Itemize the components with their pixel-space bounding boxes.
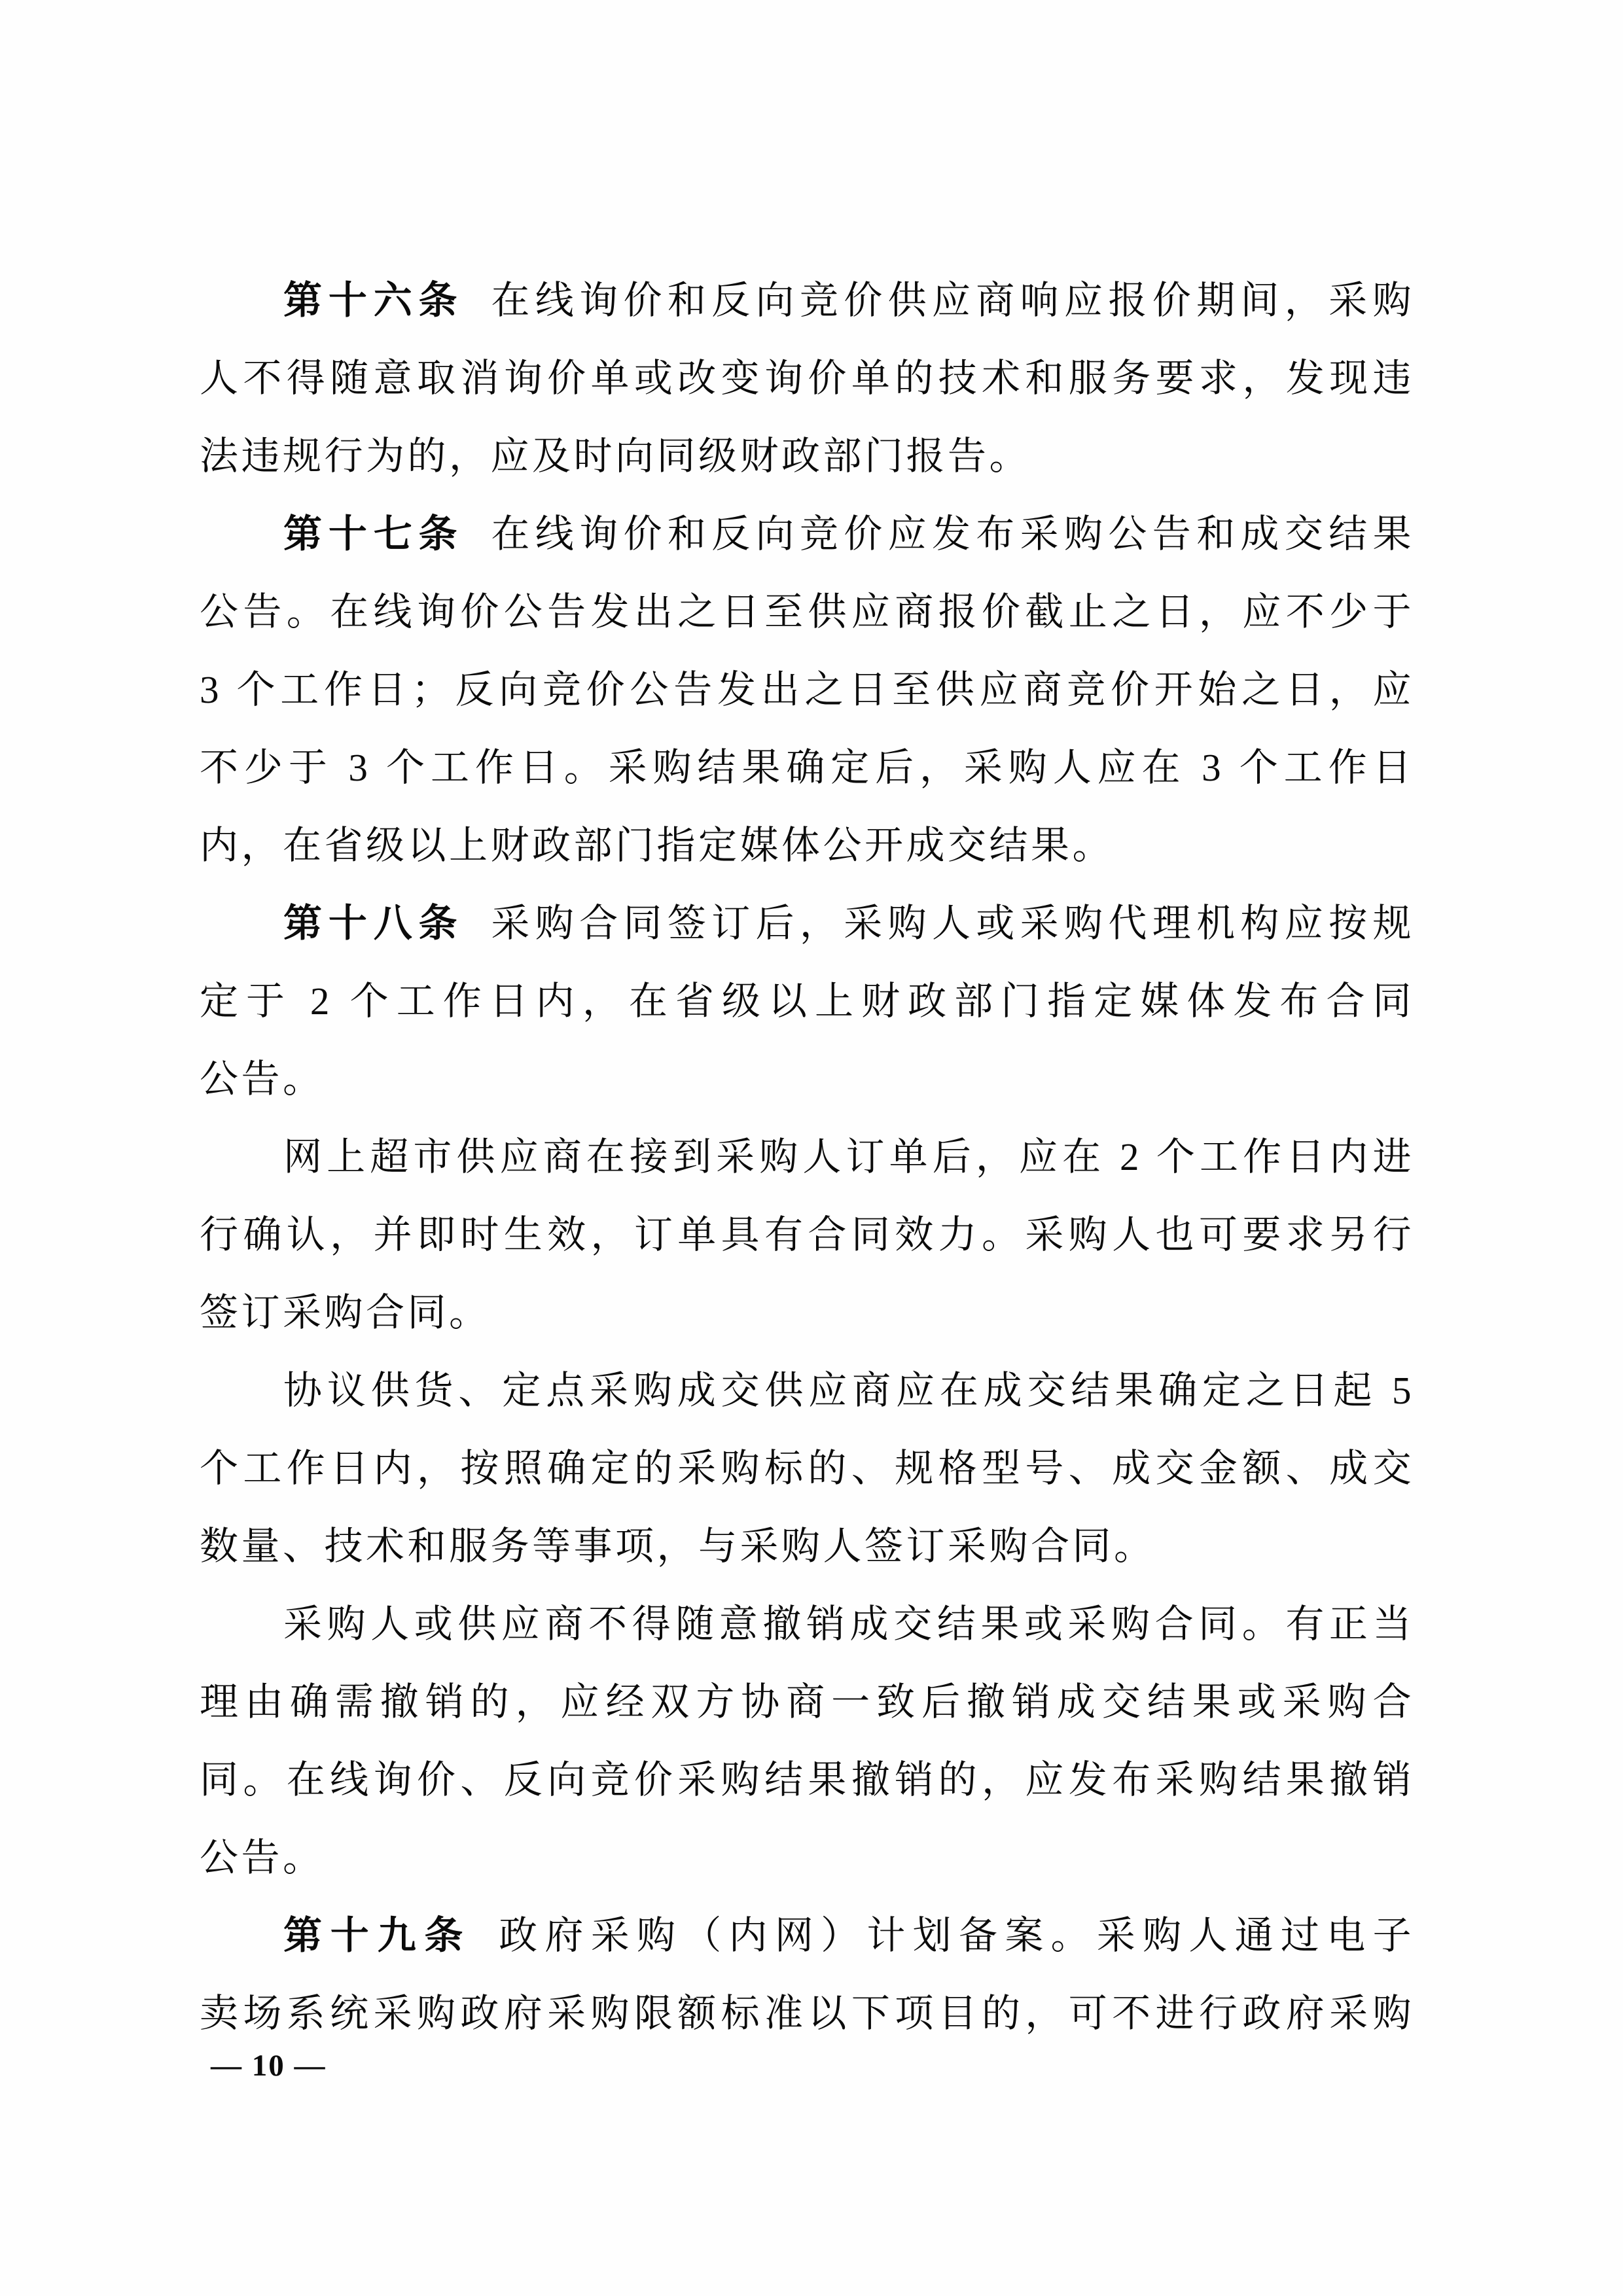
document-body: 第十六条在线询价和反向竞价供应商响应报价期间，采购人不得随意取消询价单或改变询价… (200, 262, 1414, 2053)
article-18-para-3-line: 协议供货、定点采购成交供应商应在成交结果确定之日起 5 (200, 1352, 1414, 1430)
article-number-heading: 第十六条 (283, 279, 463, 322)
document-page: 第十六条在线询价和反向竞价供应商响应报价期间，采购人不得随意取消询价单或改变询价… (0, 0, 1623, 2296)
article-19-line: 卖场系统采购政府采购限额标准以下项目的，可不进行政府采购 (200, 1975, 1414, 2053)
page-footer: — 10 — (211, 2045, 327, 2086)
article-17-line: 3 个工作日；反向竞价公告发出之日至供应商竞价开始之日，应 (200, 651, 1414, 729)
article-17-line: 内，在省级以上财政部门指定媒体公开成交结果。 (200, 807, 1414, 885)
article-18-line: 第十八条采购合同签订后，采购人或采购代理机构应按规 (200, 885, 1414, 963)
article-18-para-4-line: 理由确需撤销的，应经双方协商一致后撤销成交结果或采购合 (200, 1663, 1414, 1741)
article-18-para-3-line: 个工作日内，按照确定的采购标的、规格型号、成交金额、成交 (200, 1430, 1414, 1508)
article-17-line: 公告。在线询价公告发出之日至供应商报价截止之日，应不少于 (200, 573, 1414, 651)
article-18-line: 公告。 (200, 1040, 1414, 1118)
article-16-line: 人不得随意取消询价单或改变询价单的技术和服务要求，发现违 (200, 340, 1414, 417)
article-18-line: 定于 2 个工作日内，在省级以上财政部门指定媒体发布合同 (200, 963, 1414, 1040)
article-18-para-4-line: 采购人或供应商不得随意撤销成交结果或采购合同。有正当 (200, 1585, 1414, 1663)
article-number-heading: 第十八条 (283, 902, 463, 945)
article-number-heading: 第十九条 (283, 1914, 471, 1957)
page-number: — 10 — (211, 2049, 327, 2083)
article-19-line: 第十九条政府采购（内网）计划备案。采购人通过电子 (200, 1897, 1414, 1975)
article-number-heading: 第十七条 (283, 512, 463, 556)
article-18-para-4-line: 公告。 (200, 1819, 1414, 1897)
article-18-para-3-line: 数量、技术和服务等事项，与采购人签订采购合同。 (200, 1508, 1414, 1585)
article-18-para-4-line: 同。在线询价、反向竞价采购结果撤销的，应发布采购结果撤销 (200, 1741, 1414, 1819)
article-17-line: 不少于 3 个工作日。采购结果确定后，采购人应在 3 个工作日 (200, 729, 1414, 807)
article-17-line: 第十七条在线询价和反向竞价应发布采购公告和成交结果 (200, 495, 1414, 573)
article-18-para-2-line: 签订采购合同。 (200, 1274, 1414, 1352)
article-18-para-2-line: 网上超市供应商在接到采购人订单后，应在 2 个工作日内进 (200, 1118, 1414, 1196)
article-18-para-2-line: 行确认，并即时生效，订单具有合同效力。采购人也可要求另行 (200, 1196, 1414, 1274)
article-16-line: 第十六条在线询价和反向竞价供应商响应报价期间，采购 (200, 262, 1414, 340)
article-16-line: 法违规行为的，应及时向同级财政部门报告。 (200, 417, 1414, 495)
